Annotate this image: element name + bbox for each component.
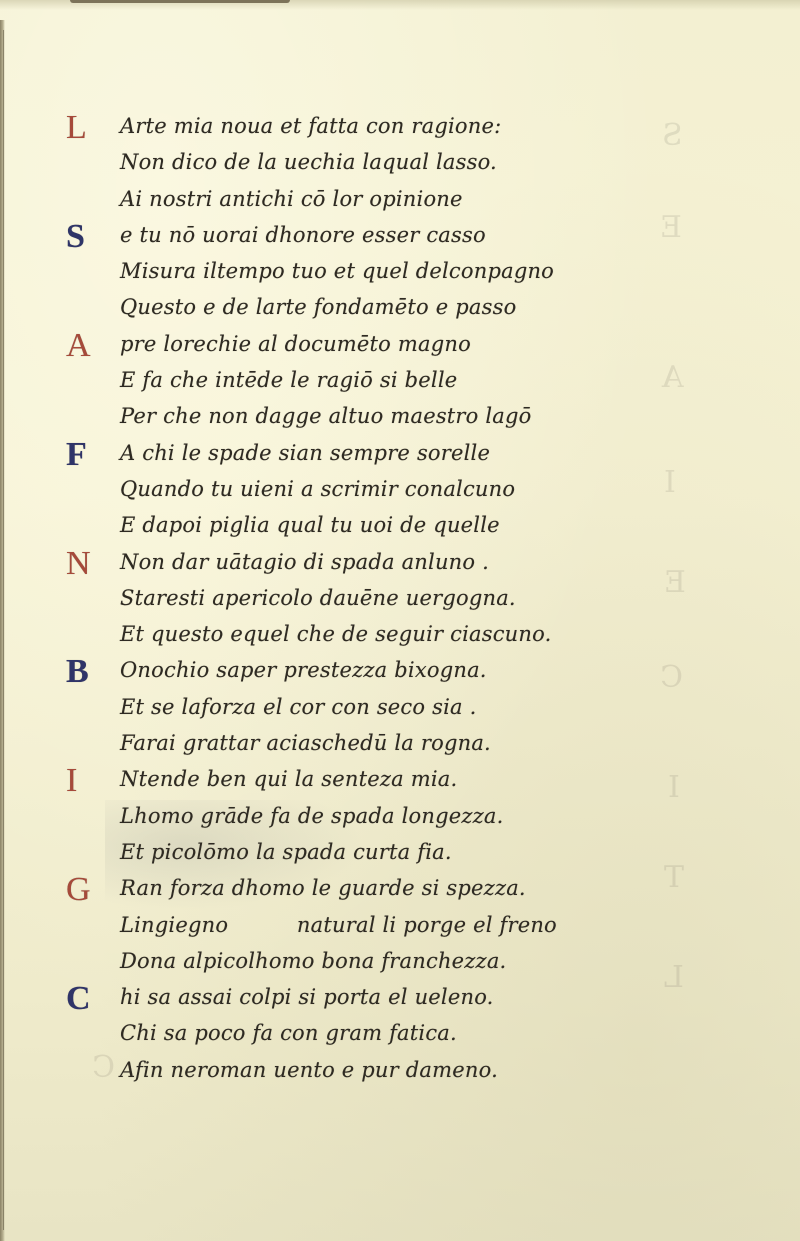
red-initial-letter: G — [66, 870, 106, 910]
verse-line: E fa che intēde le ragiō si belle — [66, 362, 706, 398]
verse-text: Et se laforza el cor con seco sia . — [120, 689, 476, 725]
verse-line: N Non dar uātagio di spada anluno . — [66, 544, 706, 580]
verse-line: Lhomo grāde fa de spada longezza. — [66, 798, 706, 834]
verse-text: Dona alpicolhomo bona franchezza. — [120, 943, 506, 979]
verse-text: Non dico de la uechia laqual lasso. — [120, 144, 497, 180]
verse-text: Ran forza dhomo le guarde si spezza. — [120, 870, 526, 906]
verse-text-block: L Arte mia noua et fatta con ragione: No… — [66, 108, 706, 1088]
page-top-binding-edge — [70, 0, 290, 3]
verse-line: Non dico de la uechia laqual lasso. — [66, 144, 706, 180]
verse-line: Misura iltempo tuo et quel delconpagno — [66, 253, 706, 289]
verse-line: Per che non dagge altuo maestro lagō — [66, 398, 706, 434]
verse-text: Et questo equel che de seguir ciascuno. — [120, 616, 551, 652]
verse-text: Non dar uātagio di spada anluno . — [120, 544, 489, 580]
verse-line: Quando tu uieni a scrimir conalcuno — [66, 471, 706, 507]
verse-line: Questo e de larte fondamēto e passo — [66, 289, 706, 325]
blue-initial-letter: C — [66, 979, 106, 1019]
blue-initial-letter: S — [66, 217, 106, 257]
red-initial-letter: N — [66, 544, 106, 584]
tercet: G Ran forza dhomo le guarde si spezza. L… — [66, 870, 706, 979]
tercet: I Ntende ben qui la senteza mia. Lhomo g… — [66, 761, 706, 870]
verse-line: Farai grattar aciaschedū la rogna. — [66, 725, 706, 761]
verse-text: E dapoi piglia qual tu uoi de quelle — [120, 507, 500, 543]
verse-text: Per che non dagge altuo maestro lagō — [120, 398, 532, 434]
gutter-line — [3, 30, 4, 1230]
verse-text: E fa che intēde le ragiō si belle — [120, 362, 457, 398]
tercet: C hi sa assai colpi si porta el ueleno. … — [66, 979, 706, 1088]
verse-text: Onochio saper prestezza bixogna. — [120, 652, 487, 688]
verse-text: hi sa assai colpi si porta el ueleno. — [120, 979, 494, 1015]
blue-initial-letter: F — [66, 435, 106, 475]
verse-line: Afin neroman uento e pur dameno. — [66, 1052, 706, 1088]
verse-line: Dona alpicolhomo bona franchezza. — [66, 943, 706, 979]
tercet: N Non dar uātagio di spada anluno . Star… — [66, 544, 706, 653]
verse-text: Lingiegno natural li porge el freno — [120, 907, 557, 943]
verse-line: C hi sa assai colpi si porta el ueleno. — [66, 979, 706, 1015]
verse-line: A pre lorechie al documēto magno — [66, 326, 706, 362]
verse-line: Lingiegno natural li porge el freno — [66, 907, 706, 943]
tercet: A pre lorechie al documēto magno E fa ch… — [66, 326, 706, 435]
verse-text: Ntende ben qui la senteza mia. — [120, 761, 457, 797]
verse-text: Staresti apericolo dauēne uergogna. — [120, 580, 516, 616]
verse-text: Misura iltempo tuo et quel delconpagno — [120, 253, 554, 289]
tercet: L Arte mia noua et fatta con ragione: No… — [66, 108, 706, 217]
tercet: S e tu nō uorai dhonore esser casso Misu… — [66, 217, 706, 326]
red-initial-letter: I — [66, 761, 106, 801]
red-initial-letter: A — [66, 326, 106, 366]
verse-text: Farai grattar aciaschedū la rogna. — [120, 725, 491, 761]
verse-text: Chi sa poco fa con gram fatica. — [120, 1015, 457, 1051]
verse-line: S e tu nō uorai dhonore esser casso — [66, 217, 706, 253]
verse-line: G Ran forza dhomo le guarde si spezza. — [66, 870, 706, 906]
verse-text: A chi le spade sian sempre sorelle — [120, 435, 490, 471]
verse-text: Ai nostri antichi cō lor opinione — [120, 181, 463, 217]
verse-text: e tu nō uorai dhonore esser casso — [120, 217, 486, 253]
verse-text: Quando tu uieni a scrimir conalcuno — [120, 471, 515, 507]
verse-line: F A chi le spade sian sempre sorelle — [66, 435, 706, 471]
verse-text: Afin neroman uento e pur dameno. — [120, 1052, 498, 1088]
verse-text: pre lorechie al documēto magno — [120, 326, 471, 362]
verse-line: E dapoi piglia qual tu uoi de quelle — [66, 507, 706, 543]
verse-line: I Ntende ben qui la senteza mia. — [66, 761, 706, 797]
tercet: B Onochio saper prestezza bixogna. Et se… — [66, 652, 706, 761]
verse-line: Et se laforza el cor con seco sia . — [66, 689, 706, 725]
verse-line: Et questo equel che de seguir ciascuno. — [66, 616, 706, 652]
blue-initial-letter: B — [66, 652, 106, 692]
verse-line: Chi sa poco fa con gram fatica. — [66, 1015, 706, 1051]
verse-line: Staresti apericolo dauēne uergogna. — [66, 580, 706, 616]
verse-text: Lhomo grāde fa de spada longezza. — [120, 798, 503, 834]
verse-line: B Onochio saper prestezza bixogna. — [66, 652, 706, 688]
verse-text: Questo e de larte fondamēto e passo — [120, 289, 516, 325]
manuscript-page: S E A I E C I T L C L Arte mia noua et f… — [0, 0, 800, 1241]
verse-text: Et picolōmo la spada curta fia. — [120, 834, 452, 870]
verse-line: Ai nostri antichi cō lor opinione — [66, 181, 706, 217]
red-initial-letter: L — [66, 108, 106, 148]
verse-line: Et picolōmo la spada curta fia. — [66, 834, 706, 870]
verse-text: Arte mia noua et fatta con ragione: — [120, 108, 501, 144]
verse-line: L Arte mia noua et fatta con ragione: — [66, 108, 706, 144]
tercet: F A chi le spade sian sempre sorelle Qua… — [66, 435, 706, 544]
